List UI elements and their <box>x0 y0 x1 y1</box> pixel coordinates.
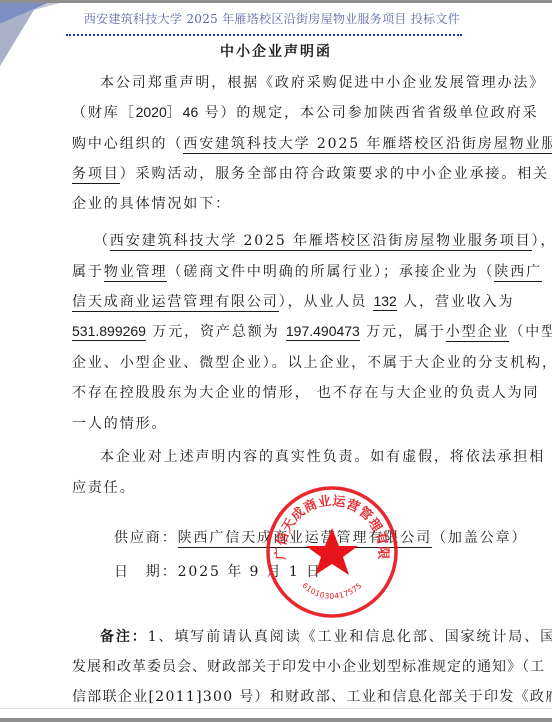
text: ）， <box>532 233 552 249</box>
text: 企业、小型企业、微型企业）。以上企业，不属于大企业的分支机构， <box>72 355 552 371</box>
project-name-field: 务项目 <box>72 166 120 184</box>
text: 属于 <box>72 264 104 280</box>
industry-field: 物业管理 <box>104 264 168 282</box>
text: 本企业对上述声明内容的真实性负责。如有虚假，将依法承担相 <box>100 449 545 465</box>
text: 号）的规定，本公司参加陕西省省级单位政府采 <box>198 105 538 121</box>
page-edge <box>0 708 552 709</box>
paragraph1-line5: 企业的具体情况如下： <box>72 193 482 213</box>
text: 万元，资产总额为 <box>146 324 286 340</box>
paragraph2-line7: 一人的情形。 <box>72 413 482 433</box>
running-header: 西安建筑科技大学 2025 年雁塔校区沿街房屋物业服务项目 投标文件 <box>68 10 460 27</box>
text: ），从业人员 <box>279 294 374 310</box>
project-name-field: 西安建筑科技大学 2025 年雁塔校区沿街房屋物业服务项目 <box>110 233 532 251</box>
project-name-field: 西安建筑科技大学 2025 年雁塔校区沿街房屋物业服 <box>183 136 552 154</box>
remark-label: 备注： <box>100 629 148 645</box>
company-name-field: 陕西广 <box>494 264 542 282</box>
remark-line1: 备注：1、填写前请认真阅读《工业和信息化部、国家统计局、国家 <box>72 626 482 646</box>
text: 购中心组织的（ <box>72 136 183 152</box>
text: ）采购活动，服务全部由符合政策要求的中小企业承接。相关 <box>120 166 549 182</box>
text: 本公司郑重声明，根据《政府采购促进中小企业发展管理办法》 <box>100 75 545 91</box>
revenue-field: 531.899269 <box>72 323 146 341</box>
paragraph2-line4: 531.899269 万元，资产总额为 197.490473 万元，属于小型企业… <box>72 321 482 341</box>
text: 应责任。 <box>72 480 136 496</box>
text: （ <box>94 233 110 249</box>
window-bottom-border <box>0 718 552 722</box>
text: 企业的具体情况如下： <box>72 196 231 212</box>
date-label: 日 期： <box>114 564 178 580</box>
total-assets-field: 197.490473 <box>286 323 360 341</box>
paragraph2-line3: 信天成商业运营管理有限公司），从业人员 132 人，营业收入为 <box>72 291 482 311</box>
remark-line2: 发展和改革委员会、财政部关于印发中小企业划型标准规定的通知》（工 <box>72 656 482 676</box>
paragraph1-line1: 本公司郑重声明，根据《政府采购促进中小企业发展管理办法》 <box>72 72 482 92</box>
paragraph2-line5: 企业、小型企业、微型企业）。以上企业，不属于大企业的分支机构， <box>72 352 482 372</box>
document-title: 中小企业声明函 <box>0 41 552 61</box>
text: 一人的情形。 <box>72 416 167 432</box>
paragraph1-line2: （财库［2020］46 号）的规定，本公司参加陕西省省级单位政府采 <box>72 102 482 122</box>
text: 万元，属于 <box>360 324 446 340</box>
text: 不存在控股股东为大企业的情形， 也不存在与大企业的负责人为同 <box>72 385 539 401</box>
text: （磋商文件中明确的所属行业）；承接企业为（ <box>167 264 494 280</box>
company-name-field: 信天成商业运营管理有限公司 <box>72 294 279 312</box>
enterprise-size-field: 小型企业 <box>446 324 510 342</box>
text: 人，营业收入为 <box>397 294 515 310</box>
remark-line3: 信部联企业[2011]300 号）和财政部、工业和信息化部关于印发《政府采 <box>72 686 482 706</box>
paragraph1-line3: 购中心组织的（西安建筑科技大学 2025 年雁塔校区沿街房屋物业服 <box>72 133 482 153</box>
text: 信部联企业[2011]300 号）和财政部、工业和信息化部关于印发《政府采 <box>72 689 552 705</box>
regulation-year: 2020 <box>136 104 167 120</box>
text: （财库［ <box>72 105 136 121</box>
seal-note: （加盖公章） <box>432 530 527 546</box>
paragraph2-line2: 属于物业管理（磋商文件中明确的所属行业）；承接企业为（陕西广 <box>72 261 482 281</box>
header-dotted-rule <box>66 34 462 36</box>
paragraph1-line4: 务项目）采购活动，服务全部由符合政策要求的中小企业承接。相关 <box>72 163 482 183</box>
window-top-border <box>0 0 552 3</box>
seal-code: 6101030417575 <box>300 581 363 601</box>
paragraph2-line1: （西安建筑科技大学 2025 年雁塔校区沿街房屋物业服务项目）， <box>72 230 504 250</box>
svg-text:6101030417575: 6101030417575 <box>300 581 363 601</box>
text: （中型 <box>509 324 552 340</box>
staff-count-field: 132 <box>373 293 396 311</box>
paragraph3-line1: 本企业对上述声明内容的真实性负责。如有虚假，将依法承担相 <box>72 446 482 466</box>
text: 发展和改革委员会、财政部关于印发中小企业划型标准规定的通知》（工 <box>72 659 545 675</box>
paragraph2-line6: 不存在控股股东为大企业的情形， 也不存在与大企业的负责人为同 <box>72 382 482 402</box>
text: ］ <box>167 105 183 121</box>
text: 1、填写前请认真阅读《工业和信息化部、国家统计局、国家 <box>148 629 552 645</box>
regulation-number: 46 <box>183 104 199 120</box>
company-seal-stamp: 陕西广信天成商业运营管理有限公司 6101030417575 <box>264 484 400 620</box>
supplier-label: 供应商： <box>114 530 178 546</box>
